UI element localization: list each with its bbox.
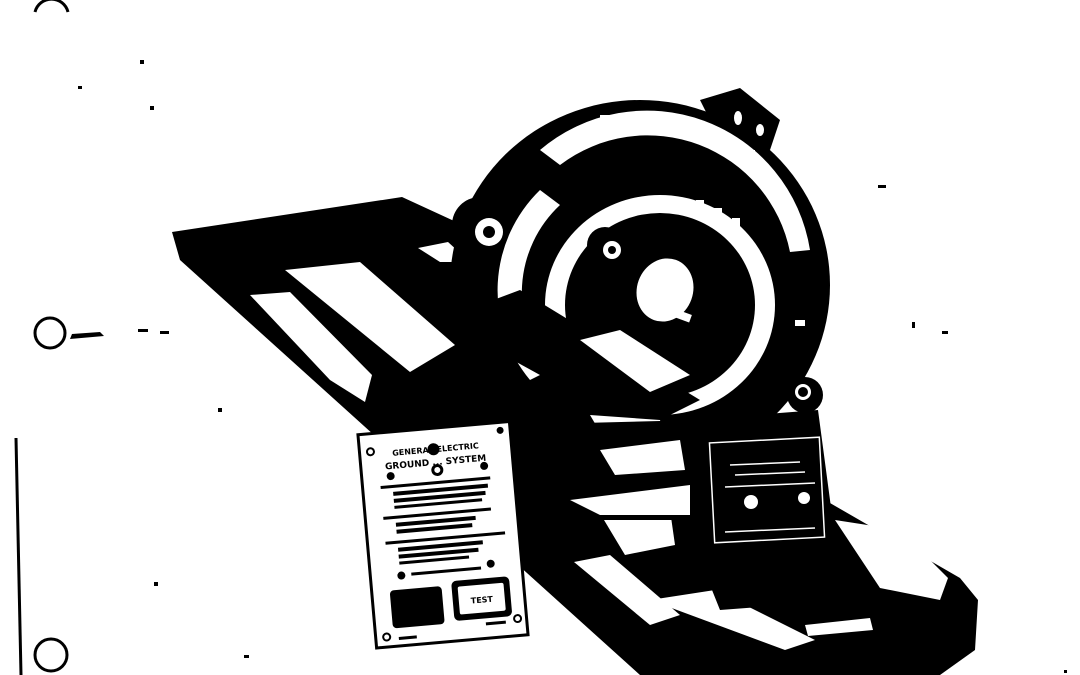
binder-hole-top (35, 0, 68, 12)
placard-reset-window (390, 586, 445, 628)
page-edge-line (16, 438, 21, 675)
relay-unit (690, 410, 850, 610)
relay-knob (744, 495, 758, 509)
relay-indicator (798, 492, 810, 504)
binder-hole-middle (35, 318, 65, 348)
binder-holes (35, 0, 68, 671)
ge-placard: GENERAL ELECTRIC GROUND ... SYSTEM T (358, 422, 528, 648)
scanned-page: GENERAL ELECTRIC GROUND ... SYSTEM T (0, 0, 1080, 675)
core-sleeve (505, 420, 705, 520)
binder-hole-bottom (35, 639, 67, 671)
test-button: TEST (451, 576, 512, 621)
